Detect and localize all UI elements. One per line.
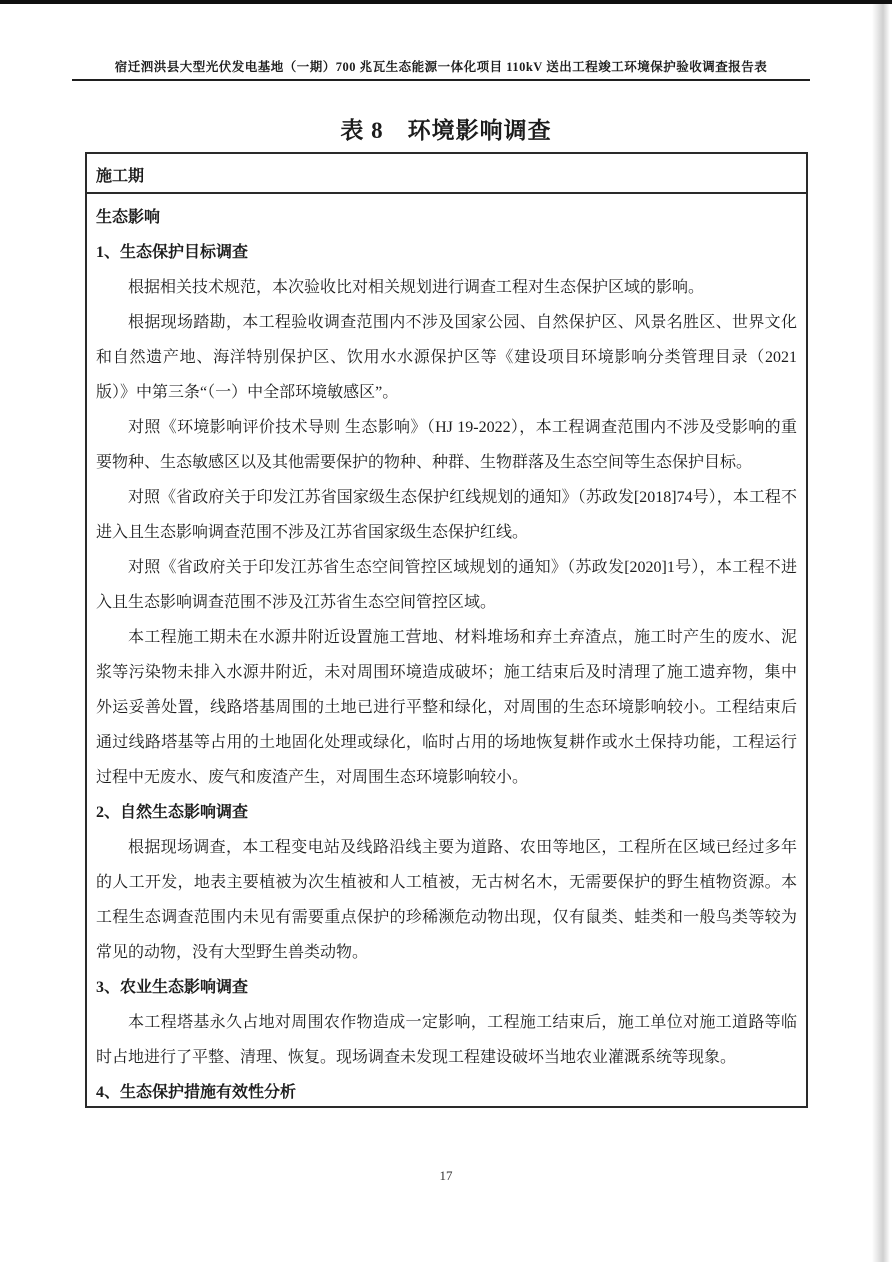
paragraph: 本工程施工期未在水源井附近设置施工营地、材料堆场和弃土弃渣点，施工时产生的废水、… (96, 620, 797, 795)
section-heading: 3、农业生态影响调查 (96, 970, 797, 1005)
content-table: 施工期 生态影响 1、生态保护目标调查根据相关技术规范，本次验收比对相关规划进行… (85, 152, 808, 1108)
paragraph: 根据现场踏勘，本工程验收调查范围内不涉及国家公园、自然保护区、风景名胜区、世界文… (96, 305, 797, 410)
construction-period-cell: 施工期 (87, 154, 806, 194)
ecological-impact-label: 生态影响 (96, 200, 797, 235)
paragraph: 本工程塔基永久占地对周围农作物造成一定影响，工程施工结束后，施工单位对施工道路等… (96, 1005, 797, 1075)
table-body-cell: 生态影响 1、生态保护目标调查根据相关技术规范，本次验收比对相关规划进行调查工程… (87, 194, 806, 1108)
report-header-title: 宿迁泗洪县大型光伏发电基地（一期）700 兆瓦生态能源一体化项目 110kV 送… (72, 57, 810, 75)
paragraph: 根据相关技术规范，本次验收比对相关规划进行调查工程对生态保护区域的影响。 (96, 270, 797, 305)
section-heading: 2、自然生态影响调查 (96, 795, 797, 830)
section-heading: 4、生态保护措施有效性分析 (96, 1075, 797, 1108)
section-heading: 1、生态保护目标调查 (96, 235, 797, 270)
document-page: { "page": { "header": "宿迁泗洪县大型光伏发电基地（一期）… (0, 0, 892, 1262)
paragraph: 对照《省政府关于印发江苏省生态空间管控区域规划的通知》（苏政发[2020]1号）… (96, 550, 797, 620)
page-title: 表 8 环境影响调查 (0, 112, 892, 145)
content-blocks: 1、生态保护目标调查根据相关技术规范，本次验收比对相关规划进行调查工程对生态保护… (96, 235, 797, 1108)
page-number: 17 (0, 1168, 892, 1184)
scan-artifact-right-shadow (872, 4, 892, 1262)
paragraph: 对照《环境影响评价技术导则 生态影响》（HJ 19-2022），本工程调查范围内… (96, 410, 797, 480)
scan-artifact-top-bar (0, 0, 892, 4)
header-divider (72, 79, 810, 81)
paragraph: 对照《省政府关于印发江苏省国家级生态保护红线规划的通知》（苏政发[2018]74… (96, 480, 797, 550)
paragraph: 根据现场调查，本工程变电站及线路沿线主要为道路、农田等地区，工程所在区域已经过多… (96, 830, 797, 970)
